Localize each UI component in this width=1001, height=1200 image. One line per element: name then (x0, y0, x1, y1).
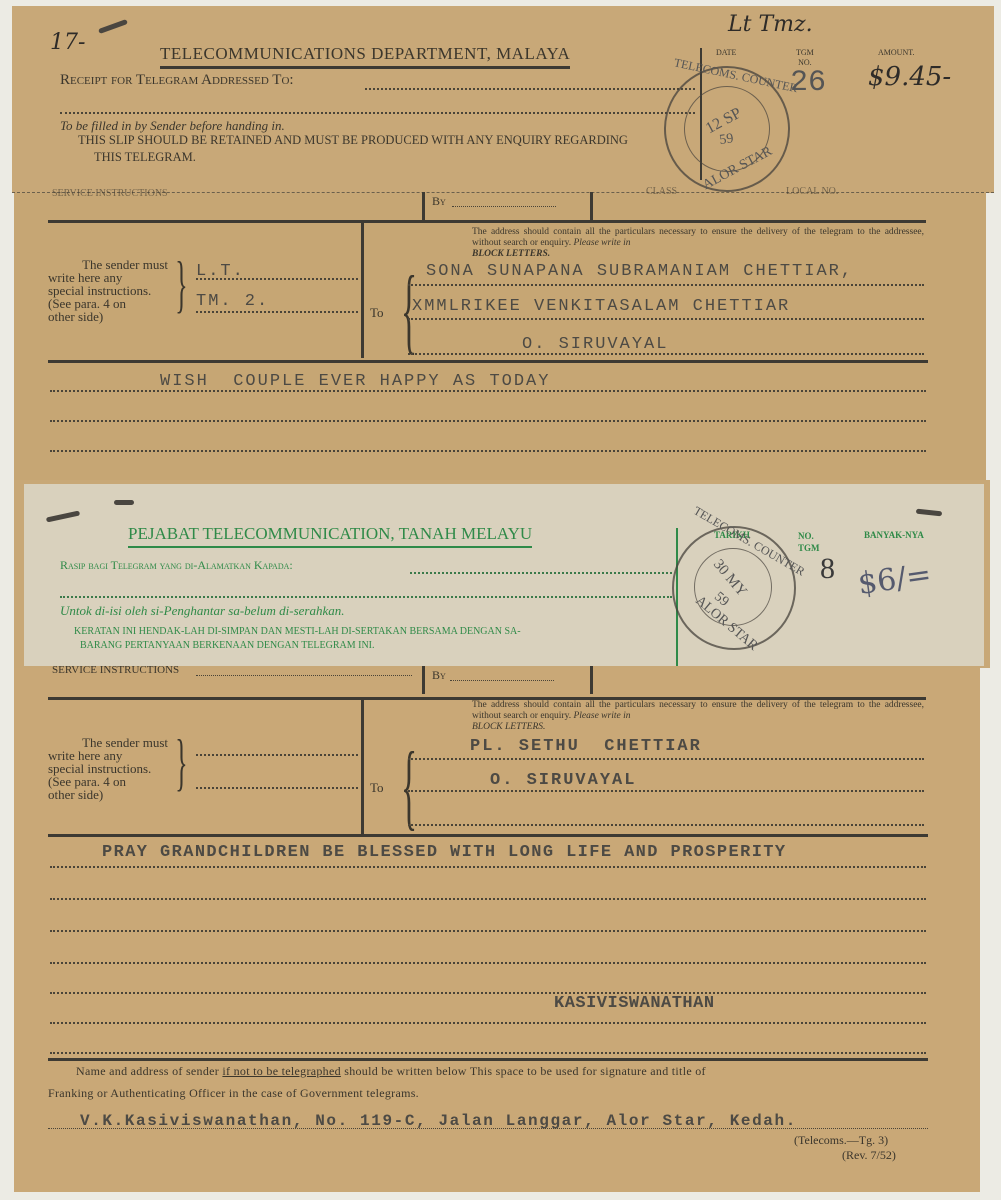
form1-to-label: To (370, 305, 384, 321)
form-code: (Telecoms.—Tg. 3) (794, 1133, 888, 1148)
form2-message-rule (48, 834, 928, 837)
receipt-retain-note-2: THIS TELEGRAM. (94, 150, 196, 165)
address-field-1[interactable] (408, 284, 924, 286)
footer-note-line-2: Franking or Authenticating Officer in th… (48, 1086, 419, 1101)
form2-by-field[interactable] (450, 680, 554, 681)
form2-message-field-7[interactable] (50, 1052, 926, 1054)
form1-sender-note: The sender must write here any special i… (48, 258, 168, 323)
form1-message-rule (48, 360, 928, 363)
brace-icon: } (175, 730, 187, 794)
form2-special-instruction-line-1[interactable] (196, 754, 358, 756)
receipt-address-line-2[interactable] (60, 112, 695, 114)
form2-message-field-1[interactable] (50, 866, 926, 868)
special-instruction-2: TM. 2. (196, 292, 269, 311)
tgm-label-line-1: TGM (796, 48, 814, 58)
brace-icon: { (401, 738, 417, 834)
form2-to-label: To (370, 780, 384, 796)
middle-addressed-to-label: Rasip bagi Telegram yang di-Alamatkan Ka… (60, 558, 293, 573)
receipt-address-line-1[interactable] (365, 88, 695, 90)
form2-sender-note: The sender must write here any special i… (48, 736, 168, 801)
form1-class-label: CLASS (646, 186, 677, 197)
form1-by-box-right (590, 192, 593, 222)
middle-retain-note-2: BARANG PERTANYAAN BERKENAAN DENGAN TELEG… (80, 640, 375, 651)
tgm-label: TGM NO. (796, 48, 814, 68)
form2-footer-rule (48, 1058, 928, 1061)
middle-fill-note: Untok di-isi oleh si-Penghantar sa-belum… (60, 603, 345, 619)
message-field-1[interactable] (50, 390, 926, 392)
handwritten-lt-note: Lt Tmz. (728, 12, 813, 37)
form2-by-label: By (432, 668, 446, 683)
form2-service-instructions-label: SERVICE INSTRUCTIONS (52, 664, 179, 676)
message-field-2[interactable] (50, 420, 926, 422)
form1-by-label: By (432, 194, 446, 209)
form2-address-line-2: O. SIRUVAYAL (490, 771, 636, 790)
middle-receipt-paper (24, 484, 984, 666)
service-instructions-label: SERVICE INSTRUCTIONS (52, 188, 168, 199)
telegram-form-1 (14, 170, 986, 482)
form1-by-box-left (422, 192, 425, 222)
form1-by-field[interactable] (452, 206, 556, 207)
form2-by-box-left (422, 666, 425, 694)
receipt-addressed-to-label: Receipt for Telegram Addressed To: (60, 72, 294, 89)
special-instruction-line-2[interactable] (196, 311, 358, 313)
message-line-1: WISH COUPLE EVER HAPPY AS TODAY (160, 372, 550, 391)
middle-tgm-number: 8 (820, 552, 835, 586)
form2-message-field-3[interactable] (50, 930, 926, 932)
address-line-1: SONA SUNAPANA SUBRAMANIAM CHETTIAR, (426, 262, 853, 281)
brace-icon: } (175, 252, 187, 316)
amount-label: AMOUNT. (878, 48, 915, 57)
form2-message-field-6[interactable] (50, 1022, 926, 1024)
stamp-year: 59 (719, 131, 735, 149)
form2-address-field-2[interactable] (408, 790, 924, 792)
receipt-retain-note-1: THIS SLIP SHOULD BE RETAINED AND MUST BE… (78, 133, 628, 148)
address-line-3: O. SIRUVAYAL (522, 335, 668, 354)
form2-divider (361, 698, 364, 834)
middle-receipt-title: PEJABAT TELECOMMUNICATION, TANAH MELAYU (128, 524, 532, 548)
special-instruction-line-1[interactable] (196, 278, 358, 280)
date-label: DATE (716, 48, 736, 57)
banyak-nya-label: BANYAK-NYA (864, 530, 924, 540)
message-signature: KASIVISWANATHAN (554, 994, 715, 1013)
sender-address-field[interactable] (48, 1128, 928, 1129)
staple-pin (114, 500, 134, 505)
footer-note-line-1: Name and address of sender if not to be … (76, 1064, 930, 1079)
form2-by-box-right (590, 666, 593, 694)
form2-address-field-3[interactable] (408, 824, 924, 826)
form2-address-field-1[interactable] (408, 758, 924, 760)
address-field-2[interactable] (408, 318, 924, 320)
handwritten-corner-number: 17- (50, 30, 85, 55)
form1-address-note: The address should contain all the parti… (472, 227, 924, 260)
form2-message-line-1: PRAY GRANDCHILDREN BE BLESSED WITH LONG … (102, 843, 787, 862)
form2-message-field-2[interactable] (50, 898, 926, 900)
receipt-title: TELECOMMUNICATIONS DEPARTMENT, MALAYA (160, 44, 570, 69)
form-revision: (Rev. 7/52) (842, 1148, 896, 1163)
receipt-fill-note: To be filled in by Sender before handing… (60, 118, 285, 134)
message-field-3[interactable] (50, 450, 926, 452)
middle-retain-note-1: KERATAN INI HENDAK-LAH DI-SIMPAN DAN MES… (74, 626, 521, 637)
form2-message-field-5[interactable] (50, 992, 926, 994)
no-tgm-label: NO. TGM (798, 530, 820, 554)
form2-service-instructions-field[interactable] (196, 675, 412, 676)
address-field-3[interactable] (408, 353, 924, 355)
form2-address-note: The address should contain all the parti… (472, 700, 924, 733)
amount-value: $9.45- (868, 62, 951, 92)
form1-top-rule (48, 220, 926, 223)
form2-address-line-1: PL. SETHU CHETTIAR (470, 737, 702, 756)
form1-local-no-label: LOCAL NO. (786, 186, 838, 197)
form2-message-field-4[interactable] (50, 962, 926, 964)
postmark-stamp-middle: TELECOMS. COUNTER 30 MY 59 ALOR STAR (672, 526, 796, 650)
middle-address-line-1[interactable] (410, 572, 672, 574)
form2-special-instruction-line-2[interactable] (196, 787, 358, 789)
middle-address-line-2[interactable] (60, 596, 672, 598)
address-line-2: XMMLRIKEE VENKITASALAM CHETTIAR (412, 297, 790, 316)
form1-divider (361, 222, 364, 358)
